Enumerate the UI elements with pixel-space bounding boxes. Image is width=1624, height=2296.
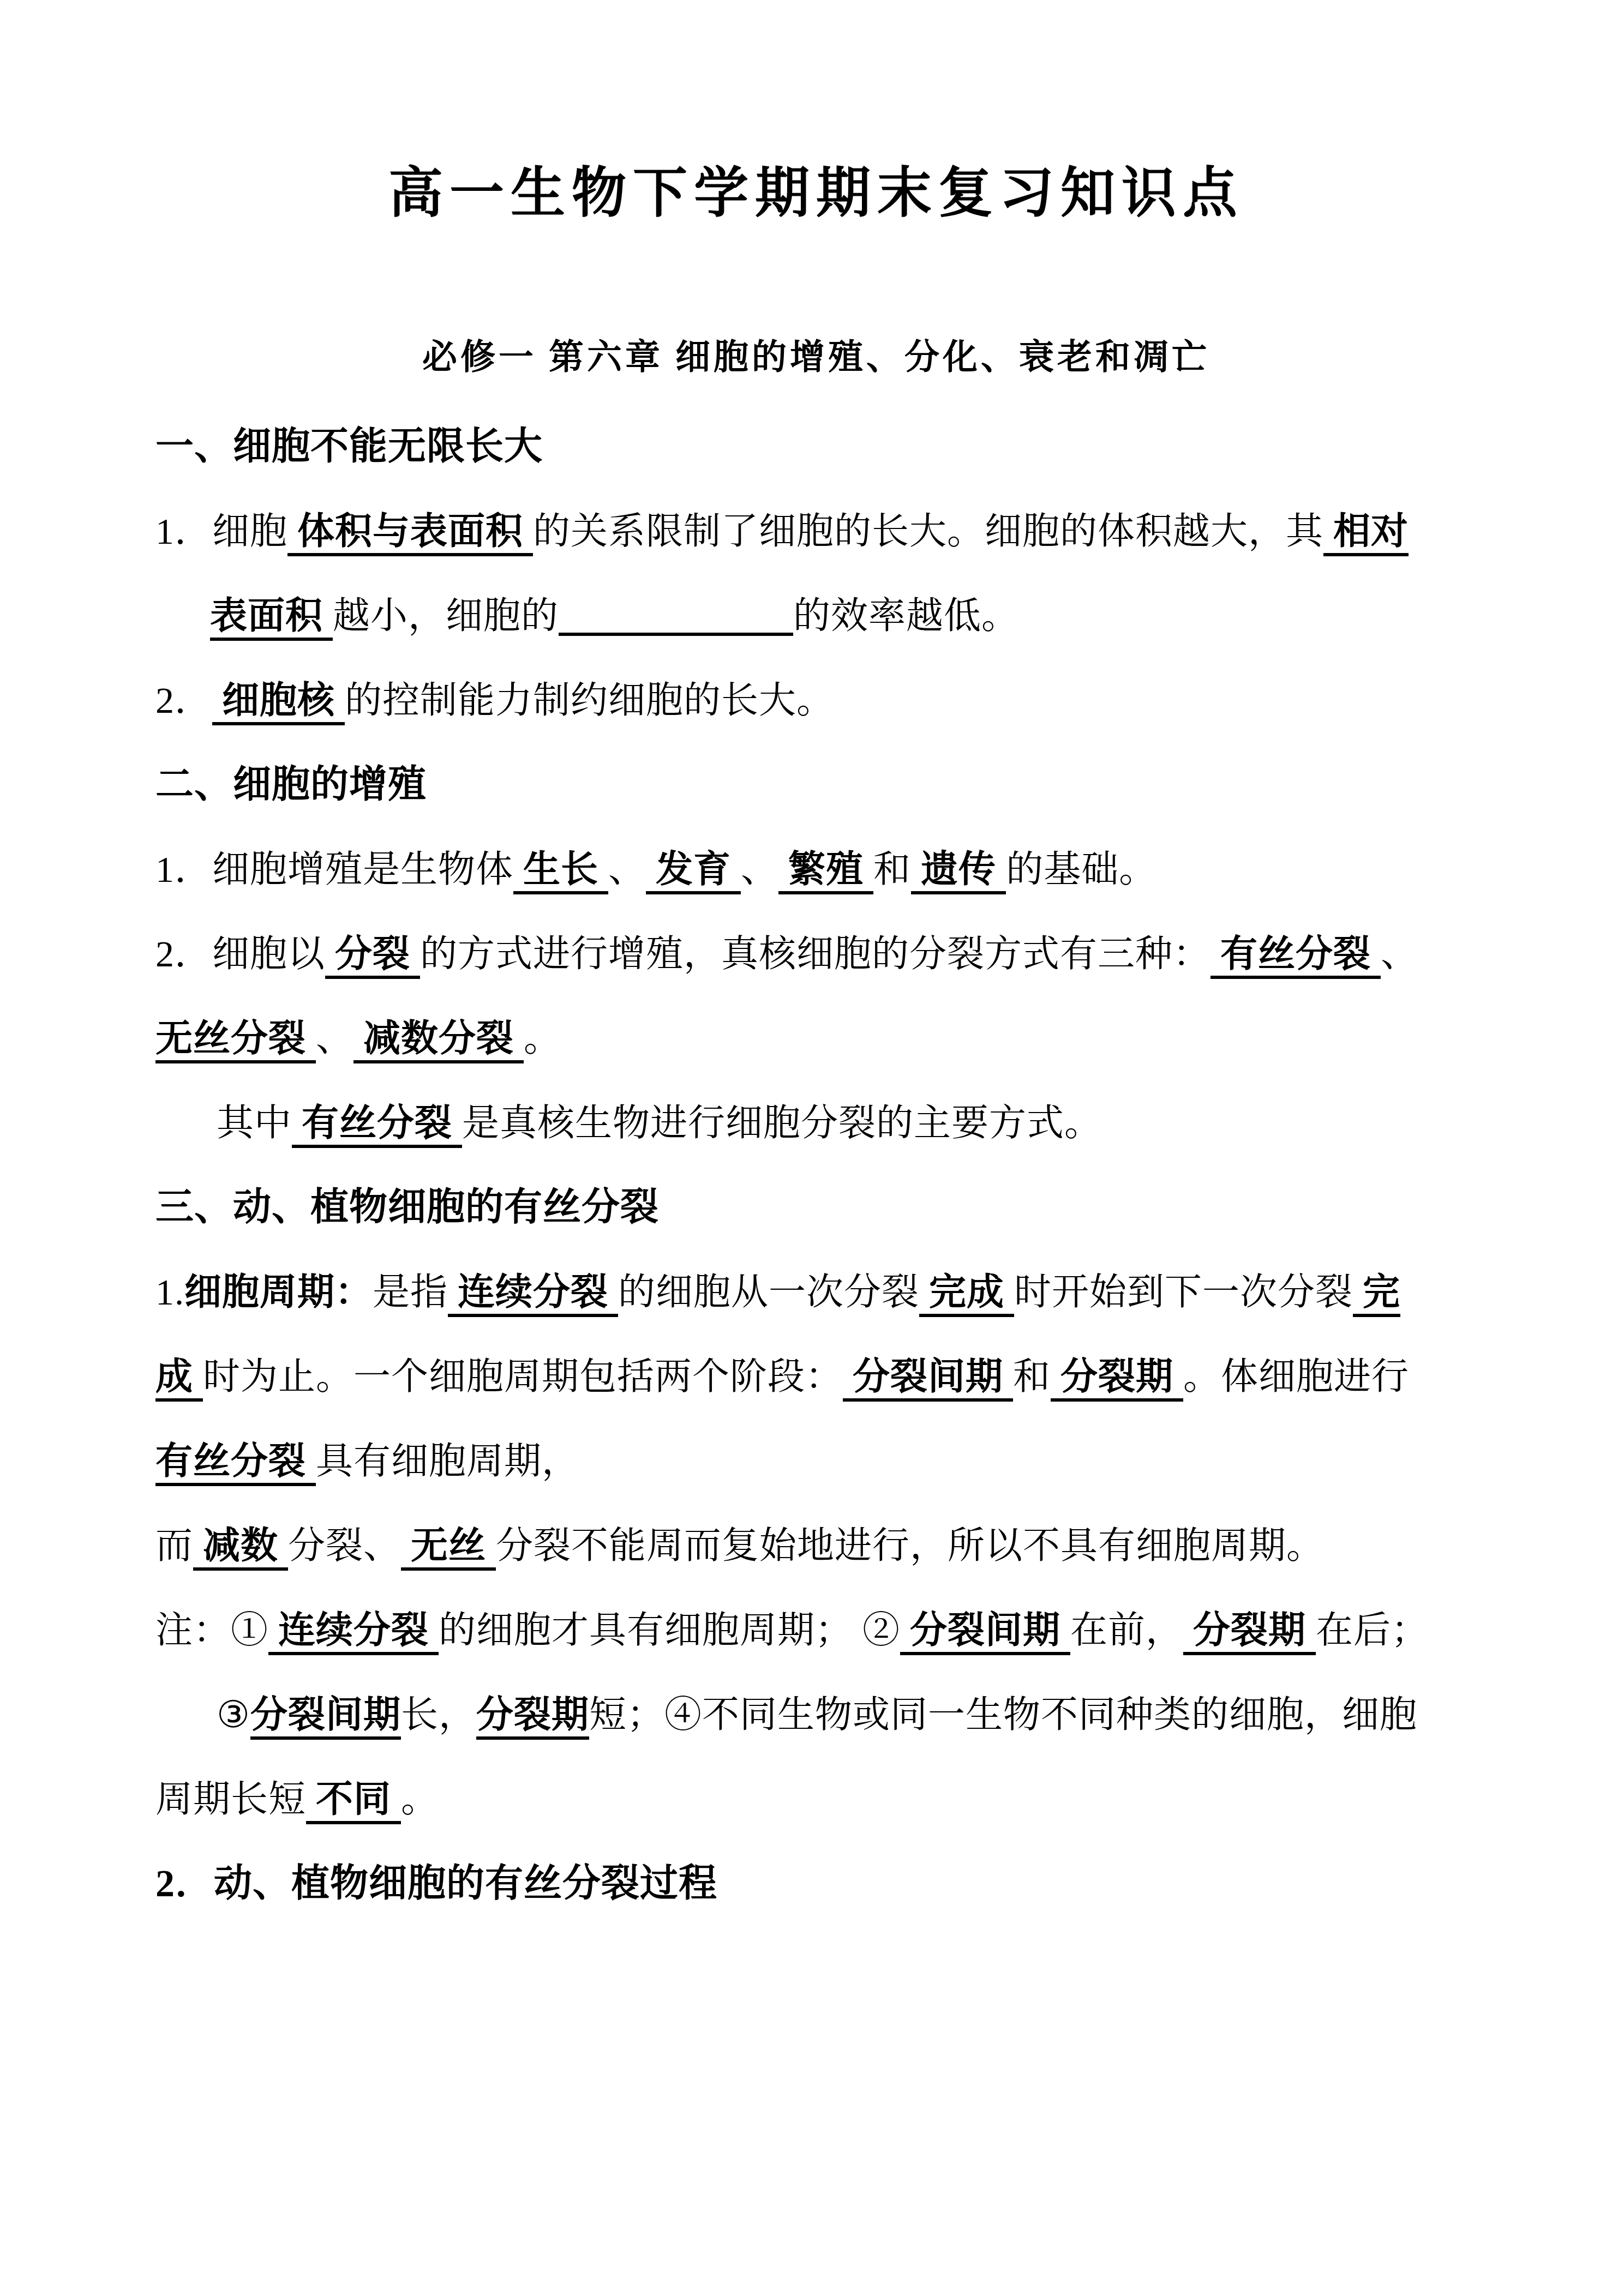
text-run: 、: [316, 1018, 353, 1059]
text-run: 2．动、植物细胞的有丝分裂过程: [155, 1863, 717, 1905]
text-run: 周期长短: [155, 1778, 306, 1820]
text-run: 长，: [401, 1694, 476, 1735]
text-run: 1．细胞: [155, 510, 287, 552]
item-2-2-note: 其中 有丝分裂 是真核生物进行细胞分裂的主要方式。: [155, 1081, 1477, 1165]
filled-blank-term: 无丝分裂: [155, 1018, 316, 1063]
filled-blank-term: 分裂间期: [843, 1356, 1013, 1402]
document-page: 高一生物下学期期末复习知识点 必修一 第六章 细胞的增殖、分化、衰老和凋亡 一、…: [0, 0, 1624, 2296]
text-run: 的细胞才具有细胞周期； ②: [439, 1609, 900, 1651]
text-run: 其中: [217, 1102, 292, 1144]
text-run: 三、动、植物细胞的有丝分裂: [155, 1187, 659, 1229]
filled-blank-term: 有丝分裂: [155, 1440, 316, 1486]
text-run: 分裂、: [288, 1525, 401, 1566]
item-1-1-line-2: 表面积 越小，细胞的的效率越低。: [155, 574, 1477, 658]
text-run: 分裂不能周而复始地进行，所以不具有细胞周期。: [496, 1525, 1324, 1566]
text-run: 的基础。: [1006, 849, 1156, 890]
item-3-1-notes-line-1: 注：① 连续分裂 的细胞才具有细胞周期； ② 分裂间期 在前， 分裂期 在后；: [155, 1588, 1477, 1673]
filled-blank-term: 完: [1353, 1271, 1400, 1317]
text-run: 在前，: [1070, 1609, 1183, 1651]
bold-text: 细胞周期：: [184, 1271, 373, 1313]
filled-blank-term: 减数分裂: [353, 1018, 524, 1063]
text-run: 二、细胞的增殖: [155, 764, 427, 806]
document-body: 一、细胞不能无限长大1．细胞 体积与表面积 的关系限制了细胞的长大。细胞的体积越…: [155, 405, 1477, 1926]
filled-blank-term: 发育: [646, 849, 741, 894]
filled-blank-term: 繁殖: [778, 849, 873, 894]
text-run: 1．细胞增殖是生物体: [155, 849, 513, 890]
item-3-1-line-3: 有丝分裂 具有细胞周期，: [155, 1419, 1477, 1504]
item-2-2-line-2: 无丝分裂 、 减数分裂 。: [155, 996, 1477, 1081]
filled-blank-term: 连续分裂: [268, 1609, 439, 1655]
filled-blank-term: 减数: [193, 1525, 288, 1571]
item-3-2-heading: 2．动、植物细胞的有丝分裂过程: [155, 1842, 1477, 1926]
text-run: 的效率越低。: [793, 595, 1019, 636]
filled-blank-term: 细胞核: [212, 680, 345, 725]
item-1-1-line-1: 1．细胞 体积与表面积 的关系限制了细胞的长大。细胞的体积越大，其 相对: [155, 489, 1477, 574]
text-run: 短；④不同生物或同一生物不同种类的细胞，细胞: [589, 1694, 1417, 1735]
item-2-1: 1．细胞增殖是生物体 生长 、 发育 、 繁殖 和 遗传 的基础。: [155, 827, 1477, 912]
item-3-1-line-4: 而 减数 分裂、 无丝 分裂不能周而复始地进行，所以不具有细胞周期。: [155, 1504, 1477, 1588]
text-run: 时为止。一个细胞周期包括两个阶段：: [203, 1356, 843, 1397]
text-run: 是指: [373, 1271, 448, 1313]
text-run: 的关系限制了细胞的长大。细胞的体积越大，其: [533, 510, 1323, 552]
filled-blank-term: 遗传: [911, 849, 1006, 894]
document-subtitle: 必修一 第六章 细胞的增殖、分化、衰老和凋亡: [155, 316, 1477, 398]
filled-blank-term: 分裂间期: [900, 1609, 1070, 1655]
filled-blank-term: 有丝分裂: [1210, 933, 1381, 979]
filled-blank-term: 连续分裂: [448, 1271, 618, 1317]
empty-blank-line: [559, 596, 793, 636]
text-run: 2．: [155, 680, 212, 721]
filled-blank-term: 分裂期: [1183, 1609, 1316, 1655]
document-title: 高一生物下学期期末复习知识点: [155, 150, 1477, 237]
text-run: 的细胞从一次分裂: [618, 1271, 919, 1313]
text-run: 具有细胞周期，: [316, 1440, 579, 1482]
item-3-1-notes-line-2: ③分裂间期长，分裂期短；④不同生物或同一生物不同种类的细胞，细胞: [155, 1673, 1477, 1757]
text-run: 2．细胞以: [155, 933, 325, 975]
text-run: 的方式进行增殖，真核细胞的分裂方式有三种：: [420, 933, 1210, 975]
section-heading-2: 二、细胞的增殖: [155, 743, 1477, 827]
filled-blank-term: 分裂间期: [250, 1694, 401, 1740]
filled-blank-term: 无丝: [401, 1525, 496, 1571]
text-run: 和: [1013, 1356, 1051, 1397]
filled-blank-term: 表面积: [210, 595, 333, 641]
text-run: 。: [401, 1778, 439, 1820]
filled-blank-term: 体积与表面积: [287, 510, 533, 556]
item-3-1-notes-line-3: 周期长短 不同 。: [155, 1757, 1477, 1842]
filled-blank-term: 生长: [513, 849, 608, 894]
text-run: 注：①: [155, 1609, 268, 1651]
text-run: 在后；: [1316, 1609, 1429, 1651]
filled-blank-term: 相对: [1323, 510, 1409, 556]
filled-blank-term: 分裂期: [476, 1694, 589, 1740]
filled-blank-term: 有丝分裂: [292, 1102, 462, 1148]
item-2-2-line-1: 2．细胞以 分裂 的方式进行增殖，真核细胞的分裂方式有三种： 有丝分裂 、: [155, 912, 1477, 996]
text-run: 、: [608, 849, 646, 890]
text-run: 、: [1381, 933, 1418, 975]
text-run: 时开始到下一次分裂: [1014, 1271, 1353, 1313]
text-run: 的控制能力制约细胞的长大。: [345, 680, 834, 721]
text-run: 越小，细胞的: [333, 595, 559, 636]
text-run: 。: [524, 1018, 561, 1059]
item-3-1-line-1: 1.细胞周期：是指 连续分裂 的细胞从一次分裂 完成 时开始到下一次分裂 完: [155, 1250, 1477, 1335]
filled-blank-term: 完成: [919, 1271, 1014, 1317]
item-3-1-line-2: 成 时为止。一个细胞周期包括两个阶段： 分裂间期 和 分裂期 。体细胞进行: [155, 1335, 1477, 1419]
filled-blank-term: 分裂期: [1051, 1356, 1183, 1402]
text-run: 和: [873, 849, 911, 890]
text-run: 、: [741, 849, 778, 890]
text-run: 是真核生物进行细胞分裂的主要方式。: [462, 1102, 1102, 1144]
text-run: ③: [217, 1694, 250, 1735]
text-run: 。体细胞进行: [1183, 1356, 1409, 1397]
filled-blank-term: 不同: [306, 1778, 401, 1824]
section-heading-1: 一、细胞不能无限长大: [155, 405, 1477, 489]
text-run: 一、细胞不能无限长大: [155, 426, 543, 468]
text-run: 而: [155, 1525, 193, 1566]
filled-blank-term: 分裂: [325, 933, 420, 979]
item-1-2: 2． 细胞核 的控制能力制约细胞的长大。: [155, 658, 1477, 743]
section-heading-3: 三、动、植物细胞的有丝分裂: [155, 1165, 1477, 1250]
filled-blank-term: 成: [155, 1356, 203, 1402]
text-run: 1.: [155, 1271, 184, 1313]
